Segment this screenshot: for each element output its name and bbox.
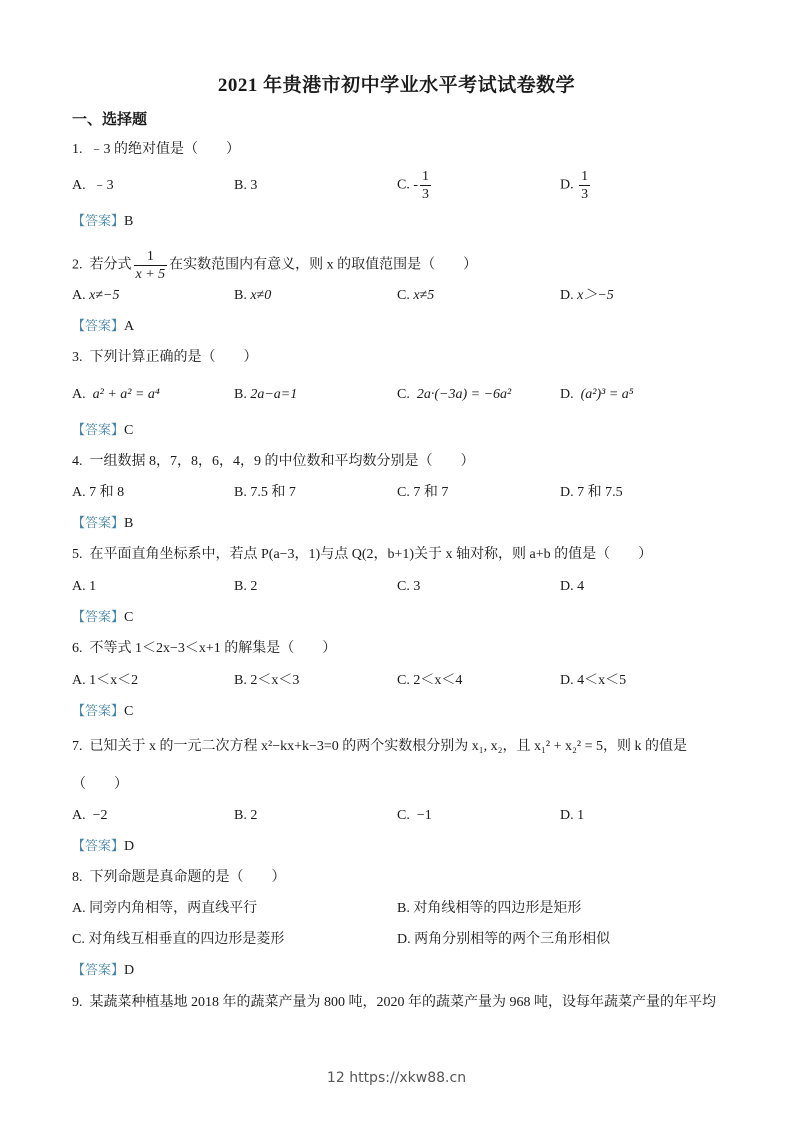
option-text: x＞−5 — [577, 288, 614, 303]
answer-label: 【答案】 — [72, 214, 124, 229]
option-label: C. — [397, 178, 410, 193]
option-text: 1 — [89, 579, 96, 594]
option-text: 2a−a=1 — [250, 387, 297, 402]
q1-option-d: D. 13 — [560, 168, 592, 203]
option-label: C. — [72, 932, 85, 947]
q1-option-b: B. 3 — [234, 177, 257, 195]
question-9-stem: 9. 某蔬菜种植基地 2018 年的蔬菜产量为 800 吨，2020 年的蔬菜产… — [72, 994, 716, 1012]
option-text: 7 和 7.5 — [577, 485, 623, 500]
question-number: 7. — [72, 739, 83, 754]
page-footer: 12 https://xkw88.cn — [0, 1070, 793, 1086]
q3-option-b: B. 2a−a=1 — [234, 386, 297, 404]
answer-label: 【答案】 — [72, 610, 124, 625]
option-label: A. — [72, 673, 86, 688]
option-text: 对角线互相垂直的四边形是菱形 — [88, 932, 284, 947]
option-label: D. — [560, 178, 574, 193]
option-label: A. — [72, 178, 86, 193]
option-text: a² + a² = a⁴ — [93, 387, 160, 402]
answer-value: C — [124, 423, 133, 438]
answer-label: 【答案】 — [72, 839, 124, 854]
answer-label: 【答案】 — [72, 704, 124, 719]
q7-answer: 【答案】D — [72, 838, 134, 856]
q4-answer: 【答案】B — [72, 515, 133, 533]
question-8-stem: 8. 下列命题是真命题的是（ ） — [72, 869, 286, 887]
question-7-stem: 7. 已知关于 x 的一元二次方程 x²−kx+k−3=0 的两个实数根分别为 … — [72, 738, 687, 756]
option-text: 同旁内角相等，两直线平行 — [89, 901, 257, 916]
fraction: 13 — [579, 168, 590, 203]
question-text: 某蔬菜种植基地 2018 年的蔬菜产量为 800 吨，2020 年的蔬菜产量为 … — [90, 995, 717, 1010]
option-text: 7 和 8 — [89, 485, 124, 500]
q2-option-b: B. x≠0 — [234, 287, 271, 305]
fraction: 1x + 5 — [134, 248, 168, 283]
q8-option-a: A. 同旁内角相等，两直线平行 — [72, 900, 257, 918]
numerator: 1 — [145, 248, 156, 265]
option-label: B. — [234, 288, 247, 303]
question-text: 在平面直角坐标系中，若点 P(a−3，1)与点 Q(2，b+1)关于 x 轴对称… — [90, 547, 653, 562]
q4-option-d: D. 7 和 7.5 — [560, 484, 623, 502]
option-text: 3 — [250, 178, 257, 193]
question-2-stem: 2. 若分式1x + 5在实数范围内有意义，则 x 的取值范围是（ ） — [72, 248, 477, 283]
q5-option-c: C. 3 — [397, 578, 420, 596]
option-label: B. — [234, 387, 247, 402]
option-label: C. — [397, 579, 410, 594]
option-text: −1 — [417, 808, 432, 823]
q8-option-b: B. 对角线相等的四边形是矩形 — [397, 900, 581, 918]
option-text: 1 — [577, 808, 584, 823]
question-number: 1. — [72, 142, 83, 157]
q5-answer: 【答案】C — [72, 609, 133, 627]
option-label: D. — [397, 932, 411, 947]
option-label: B. — [234, 579, 247, 594]
question-7-stem-cont: （ ） — [72, 776, 128, 794]
option-label: A. — [72, 387, 86, 402]
answer-value: D — [124, 839, 134, 854]
exam-page: 2021 年贵港市初中学业水平考试试卷数学 一、选择题 1. ﹣3 的绝对值是（… — [0, 0, 793, 1122]
option-text: 4＜x＜5 — [577, 673, 626, 688]
option-label: A. — [72, 808, 86, 823]
q4-option-c: C. 7 和 7 — [397, 484, 448, 502]
fraction: 13 — [420, 168, 431, 203]
option-text: 4 — [577, 579, 584, 594]
option-text: ﹣3 — [93, 178, 114, 193]
q1-answer: 【答案】B — [72, 213, 133, 231]
answer-value: B — [124, 516, 133, 531]
option-label: C. — [397, 485, 410, 500]
q2-option-a: A. x≠−5 — [72, 287, 119, 305]
option-label: A. — [72, 901, 86, 916]
option-text: x≠5 — [413, 288, 434, 303]
option-text: 7 和 7 — [413, 485, 448, 500]
page-title: 2021 年贵港市初中学业水平考试试卷数学 — [0, 70, 793, 97]
q3-answer: 【答案】C — [72, 422, 133, 440]
q1-option-c: C. -13 — [397, 168, 433, 203]
answer-value: C — [124, 610, 133, 625]
question-6-stem: 6. 不等式 1＜2x−3＜x+1 的解集是（ ） — [72, 640, 336, 658]
option-label: C. — [397, 673, 410, 688]
numerator: 1 — [420, 168, 431, 185]
option-text: 2＜x＜3 — [250, 673, 299, 688]
question-3-stem: 3. 下列计算正确的是（ ） — [72, 349, 258, 367]
option-label: D. — [560, 288, 574, 303]
question-text: ﹣3 的绝对值是（ ） — [90, 142, 241, 157]
question-text: 在实数范围内有意义，则 x 的取值范围是（ ） — [169, 258, 477, 273]
option-text: 1＜x＜2 — [89, 673, 138, 688]
option-label: B. — [234, 673, 247, 688]
option-label: C. — [397, 288, 410, 303]
q4-option-a: A. 7 和 8 — [72, 484, 124, 502]
answer-label: 【答案】 — [72, 963, 124, 978]
option-label: D. — [560, 808, 574, 823]
q6-answer: 【答案】C — [72, 703, 133, 721]
option-label: B. — [234, 485, 247, 500]
option-text: 3 — [413, 579, 420, 594]
option-text: 7.5 和 7 — [250, 485, 296, 500]
q6-option-c: C. 2＜x＜4 — [397, 672, 462, 690]
q5-option-d: D. 4 — [560, 578, 584, 596]
option-label: D. — [560, 387, 574, 402]
option-label: A. — [72, 579, 86, 594]
option-label: A. — [72, 485, 86, 500]
q8-option-d: D. 两角分别相等的两个三角形相似 — [397, 931, 610, 949]
question-text: 若分式 — [90, 258, 132, 273]
option-text: x≠0 — [250, 288, 271, 303]
question-text: 下列计算正确的是（ ） — [90, 350, 258, 365]
question-4-stem: 4. 一组数据 8，7，8，6，4，9 的中位数和平均数分别是（ ） — [72, 453, 475, 471]
q5-option-a: A. 1 — [72, 578, 96, 596]
question-text: （ ） — [72, 777, 128, 792]
q3-option-c: C. 2a·(−3a) = −6a² — [397, 386, 511, 404]
question-number: 4. — [72, 454, 83, 469]
q3-option-a: A. a² + a² = a⁴ — [72, 386, 160, 404]
q2-option-c: C. x≠5 — [397, 287, 434, 305]
q7-option-c: C. −1 — [397, 807, 432, 825]
section-heading: 一、选择题 — [72, 108, 147, 129]
source-link[interactable]: https://xkw88.cn — [349, 1070, 466, 1086]
minus-sign: - — [413, 178, 418, 193]
option-label: D. — [560, 485, 574, 500]
option-label: B. — [234, 808, 247, 823]
option-label: D. — [560, 579, 574, 594]
option-text: 2 — [250, 579, 257, 594]
numerator: 1 — [579, 168, 590, 185]
q6-option-b: B. 2＜x＜3 — [234, 672, 299, 690]
denominator: 3 — [579, 185, 590, 203]
answer-label: 【答案】 — [72, 516, 124, 531]
option-label: D. — [560, 673, 574, 688]
option-label: B. — [234, 178, 247, 193]
option-text: 两角分别相等的两个三角形相似 — [414, 932, 610, 947]
denominator: 3 — [420, 185, 431, 203]
q6-option-a: A. 1＜x＜2 — [72, 672, 138, 690]
option-text: 2 — [250, 808, 257, 823]
q7-option-a: A. −2 — [72, 807, 108, 825]
option-label: C. — [397, 808, 410, 823]
option-label: B. — [397, 901, 410, 916]
option-text: 对角线相等的四边形是矩形 — [413, 901, 581, 916]
q2-answer: 【答案】A — [72, 318, 134, 336]
answer-value: A — [124, 319, 134, 334]
answer-value: C — [124, 704, 133, 719]
question-number: 2. — [72, 258, 83, 273]
question-text: 已知关于 x 的一元二次方程 x²−kx+k−3=0 的两个实数根分别为 x₁,… — [90, 739, 688, 754]
option-label: C. — [397, 387, 410, 402]
option-label: A. — [72, 288, 86, 303]
question-number: 5. — [72, 547, 83, 562]
option-text: −2 — [93, 808, 108, 823]
q5-option-b: B. 2 — [234, 578, 257, 596]
q8-answer: 【答案】D — [72, 962, 134, 980]
question-text: 一组数据 8，7，8，6，4，9 的中位数和平均数分别是（ ） — [90, 454, 475, 469]
question-number: 9. — [72, 995, 83, 1010]
option-text: x≠−5 — [89, 288, 119, 303]
question-number: 3. — [72, 350, 83, 365]
question-text: 下列命题是真命题的是（ ） — [90, 870, 286, 885]
question-number: 8. — [72, 870, 83, 885]
answer-value: D — [124, 963, 134, 978]
q4-option-b: B. 7.5 和 7 — [234, 484, 296, 502]
q6-option-d: D. 4＜x＜5 — [560, 672, 626, 690]
denominator: x + 5 — [134, 265, 168, 283]
question-text: 不等式 1＜2x−3＜x+1 的解集是（ ） — [90, 641, 337, 656]
q7-option-d: D. 1 — [560, 807, 584, 825]
option-text: 2＜x＜4 — [413, 673, 462, 688]
answer-value: B — [124, 214, 133, 229]
option-text: 2a·(−3a) = −6a² — [417, 387, 511, 402]
question-5-stem: 5. 在平面直角坐标系中，若点 P(a−3，1)与点 Q(2，b+1)关于 x … — [72, 546, 652, 564]
answer-label: 【答案】 — [72, 319, 124, 334]
q2-option-d: D. x＞−5 — [560, 287, 614, 305]
q3-option-d: D. (a²)³ = a⁵ — [560, 386, 634, 404]
page-number: 12 — [327, 1070, 345, 1086]
question-1-stem: 1. ﹣3 的绝对值是（ ） — [72, 141, 240, 159]
question-number: 6. — [72, 641, 83, 656]
q8-option-c: C. 对角线互相垂直的四边形是菱形 — [72, 931, 284, 949]
answer-label: 【答案】 — [72, 423, 124, 438]
option-text: (a²)³ = a⁵ — [581, 387, 634, 402]
q1-option-a: A. ﹣3 — [72, 177, 114, 195]
q7-option-b: B. 2 — [234, 807, 257, 825]
